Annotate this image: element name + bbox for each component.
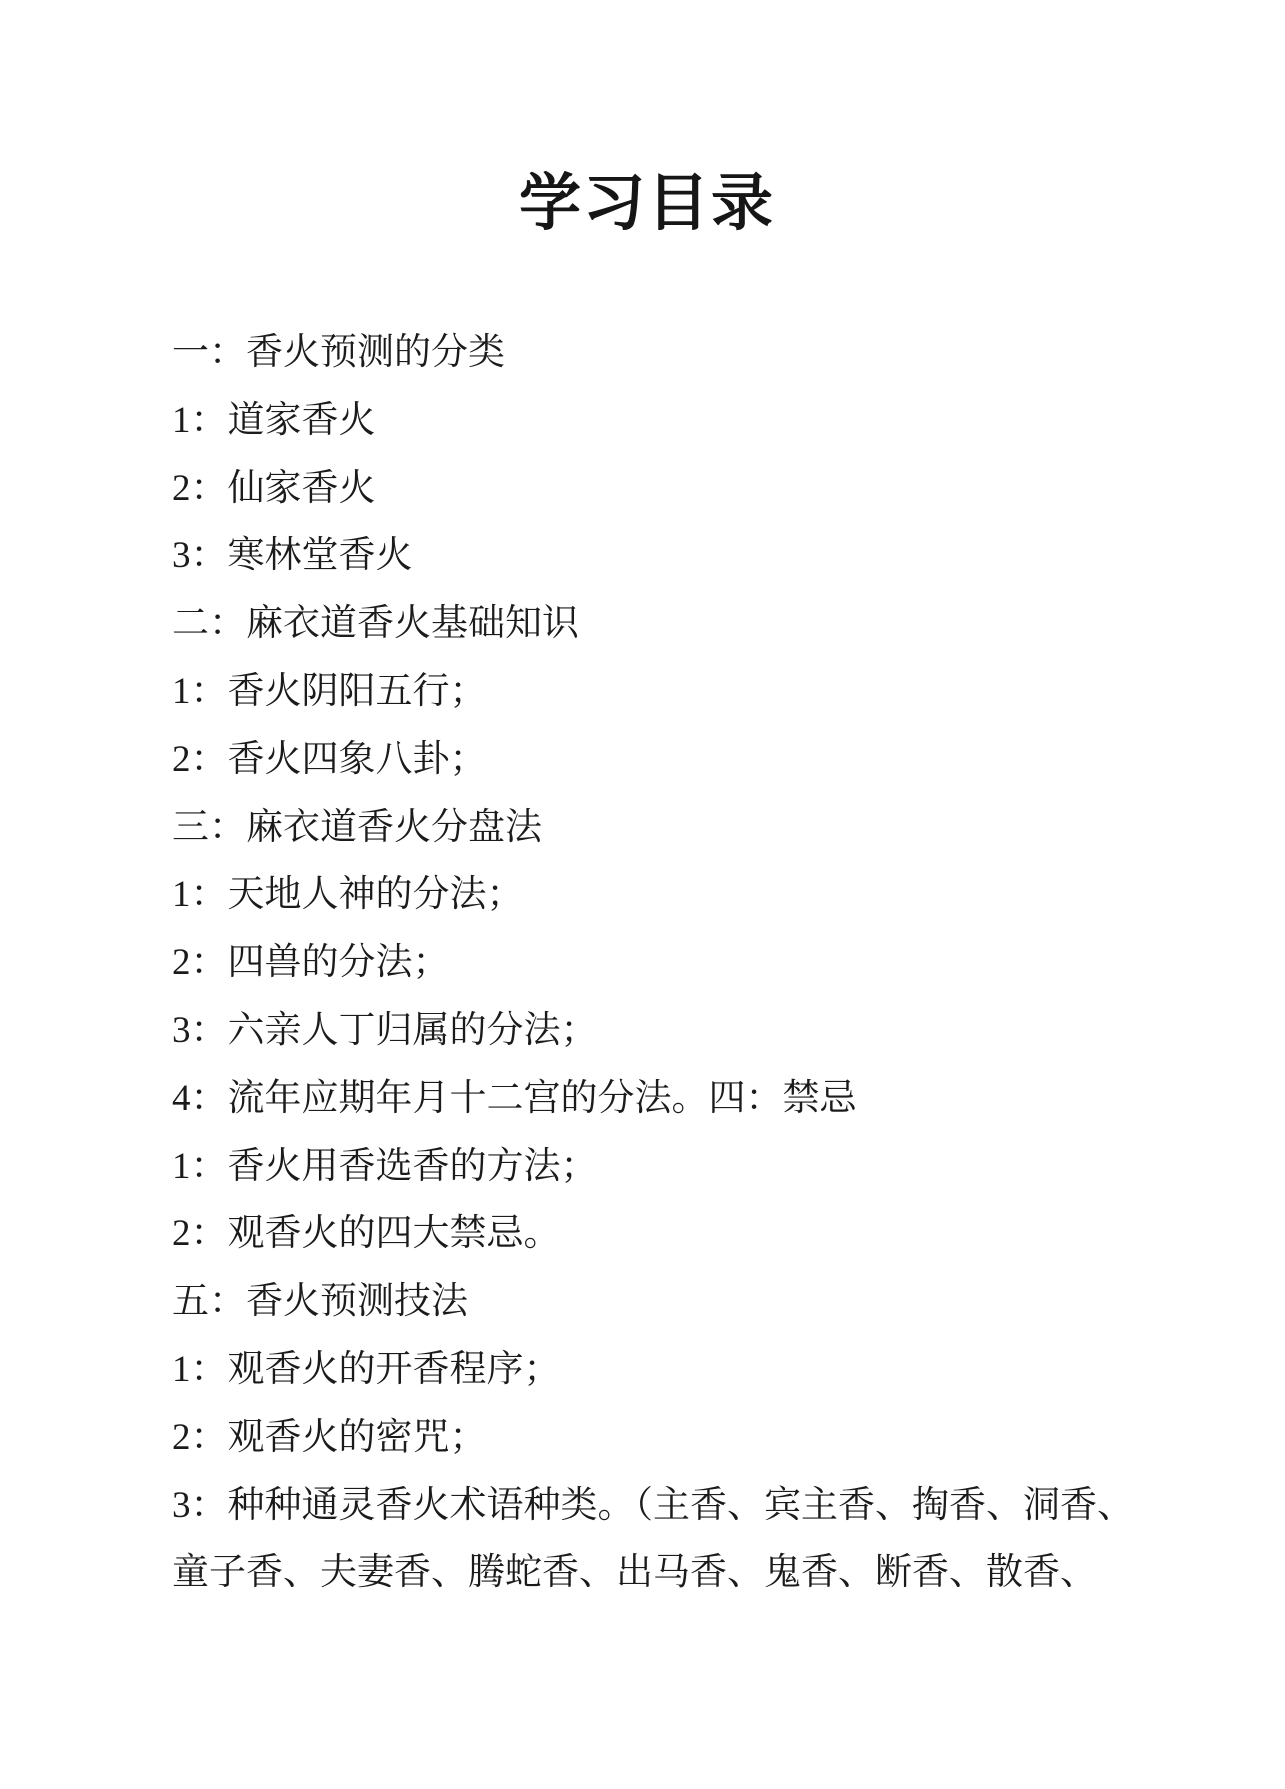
toc-line: 2：仙家香火 bbox=[172, 455, 1122, 523]
page-title: 学习目录 bbox=[172, 168, 1122, 240]
toc-line: 1：天地人神的分法； bbox=[172, 861, 1122, 929]
toc-line: 1：观香火的开香程序； bbox=[172, 1336, 1122, 1404]
toc-line: 二：麻衣道香火基础知识 bbox=[172, 590, 1122, 658]
toc-line: 4：流年应期年月十二宫的分法。四：禁忌 bbox=[172, 1065, 1122, 1133]
toc-list: 一：香火预测的分类 1：道家香火 2：仙家香火 3：寒林堂香火 二：麻衣道香火基… bbox=[172, 319, 1122, 1607]
toc-line: 2：四兽的分法； bbox=[172, 929, 1122, 997]
toc-line: 1：道家香火 bbox=[172, 387, 1122, 455]
toc-line: 3：种种通灵香火术语种类。（主香、宾主香、掏香、洞香、 bbox=[172, 1472, 1122, 1540]
toc-line: 1：香火用香选香的方法； bbox=[172, 1133, 1122, 1201]
toc-line: 3：寒林堂香火 bbox=[172, 522, 1122, 590]
toc-line: 2：观香火的密咒； bbox=[172, 1404, 1122, 1472]
toc-line: 五：香火预测技法 bbox=[172, 1268, 1122, 1336]
toc-line: 2：香火四象八卦； bbox=[172, 726, 1122, 794]
toc-line: 一：香火预测的分类 bbox=[172, 319, 1122, 387]
toc-line: 三：麻衣道香火分盘法 bbox=[172, 794, 1122, 862]
toc-line: 3：六亲人丁归属的分法； bbox=[172, 997, 1122, 1065]
toc-line: 1：香火阴阳五行； bbox=[172, 658, 1122, 726]
document-page: 学习目录 一：香火预测的分类 1：道家香火 2：仙家香火 3：寒林堂香火 二：麻… bbox=[0, 0, 1285, 1789]
toc-line: 童子香、夫妻香、腾蛇香、出马香、鬼香、断香、散香、 bbox=[172, 1539, 1122, 1607]
toc-line: 2：观香火的四大禁忌。 bbox=[172, 1200, 1122, 1268]
content-column: 学习目录 一：香火预测的分类 1：道家香火 2：仙家香火 3：寒林堂香火 二：麻… bbox=[172, 168, 1122, 1607]
